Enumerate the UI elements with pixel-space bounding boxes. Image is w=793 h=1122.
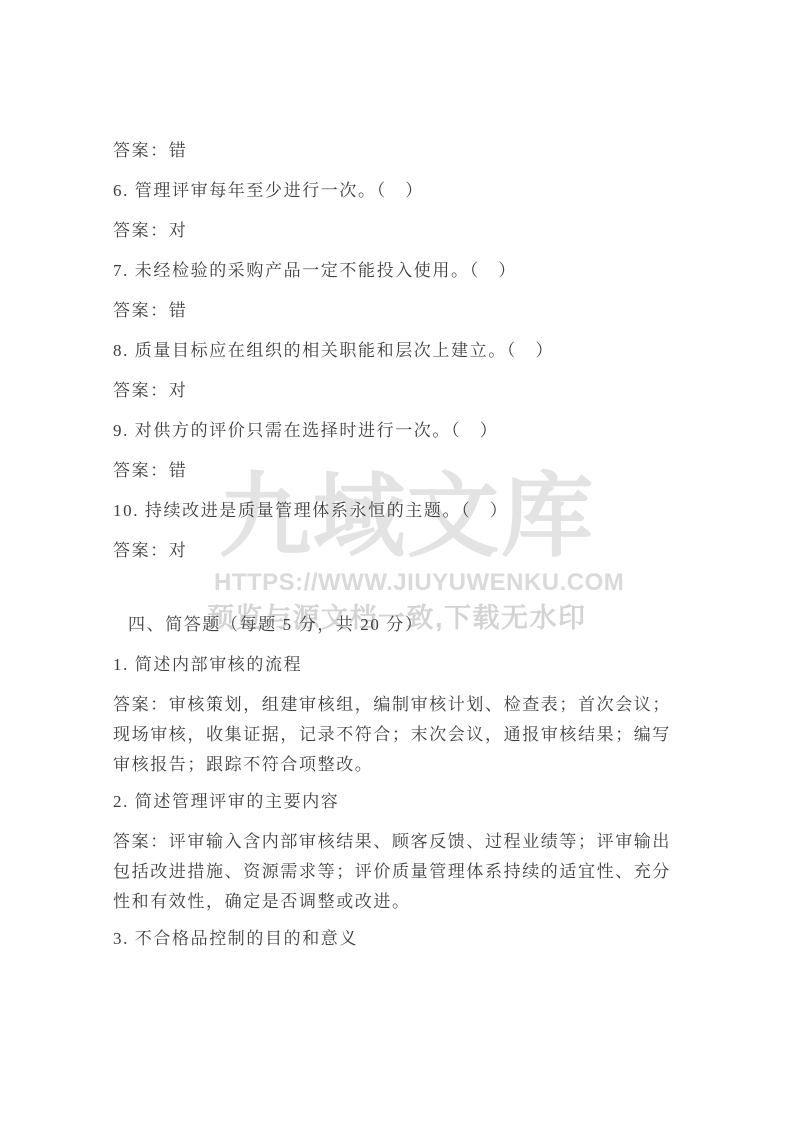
document-block: 8. 质量目标应在组织的相关职能和层次上建立。（ ） bbox=[113, 336, 713, 366]
answer-line: 答案：对 bbox=[113, 376, 713, 406]
document-block: 3. 不合格品控制的目的和意义 bbox=[113, 924, 713, 954]
document-page: 九域文库 HTTPS://WWW.JIUYUWENKU.COM 预览与源文档一致… bbox=[0, 0, 793, 1122]
document-block: 1. 简述内部审核的流程 bbox=[113, 650, 713, 680]
question-line: 10. 持续改进是质量管理体系永恒的主题。（ ） bbox=[113, 496, 713, 526]
document-block: 四、简答题（每题 5 分，共 20 分） bbox=[113, 610, 713, 640]
document-block: 10. 持续改进是质量管理体系永恒的主题。（ ） bbox=[113, 496, 713, 526]
answer-line: 答案：审核策划，组建审核组，编制审核计划、检查表；首次会议； bbox=[113, 690, 713, 720]
document-block: 答案：评审输入含内部审核结果、顾客反馈、过程业绩等；评审输出包括改进措施、资源需… bbox=[113, 827, 713, 917]
answer-line: 答案：对 bbox=[113, 216, 713, 246]
question-line: 7. 未经检验的采购产品一定不能投入使用。（ ） bbox=[113, 256, 713, 286]
document-block: 答案：错 bbox=[113, 296, 713, 326]
answer-line: 包括改进措施、资源需求等；评价质量管理体系持续的适宜性、充分 bbox=[113, 857, 713, 887]
question-line: 8. 质量目标应在组织的相关职能和层次上建立。（ ） bbox=[113, 336, 713, 366]
section-heading: 四、简答题（每题 5 分，共 20 分） bbox=[128, 610, 713, 640]
document-block: 答案：对 bbox=[113, 216, 713, 246]
document-block: 答案：审核策划，组建审核组，编制审核计划、检查表；首次会议；现场审核，收集证据，… bbox=[113, 690, 713, 780]
answer-line: 答案：评审输入含内部审核结果、顾客反馈、过程业绩等；评审输出 bbox=[113, 827, 713, 857]
document-block: 6. 管理评审每年至少进行一次。（ ） bbox=[113, 176, 713, 206]
document-block: 答案：对 bbox=[113, 536, 713, 566]
answer-line: 答案：错 bbox=[113, 136, 713, 166]
answer-line: 答案：错 bbox=[113, 456, 713, 486]
document-block: 答案：错 bbox=[113, 456, 713, 486]
answer-line: 现场审核，收集证据，记录不符合；末次会议，通报审核结果；编写 bbox=[113, 720, 713, 750]
answer-line: 性和有效性，确定是否调整或改进。 bbox=[113, 887, 713, 917]
answer-line: 审核报告；跟踪不符合项整改。 bbox=[113, 750, 713, 780]
answer-line: 答案：错 bbox=[113, 296, 713, 326]
document-block: 2. 简述管理评审的主要内容 bbox=[113, 787, 713, 817]
document-block: 答案：错 bbox=[113, 136, 713, 166]
document-block: 7. 未经检验的采购产品一定不能投入使用。（ ） bbox=[113, 256, 713, 286]
document-block: 9. 对供方的评价只需在选择时进行一次。（ ） bbox=[113, 416, 713, 446]
question-line: 2. 简述管理评审的主要内容 bbox=[113, 787, 713, 817]
question-line: 6. 管理评审每年至少进行一次。（ ） bbox=[113, 176, 713, 206]
question-line: 9. 对供方的评价只需在选择时进行一次。（ ） bbox=[113, 416, 713, 446]
document-block: 答案：对 bbox=[113, 376, 713, 406]
question-line: 3. 不合格品控制的目的和意义 bbox=[113, 924, 713, 954]
question-line: 1. 简述内部审核的流程 bbox=[113, 650, 713, 680]
document-body: 答案：错6. 管理评审每年至少进行一次。（ ）答案：对7. 未经检验的采购产品一… bbox=[113, 136, 713, 964]
answer-line: 答案：对 bbox=[113, 536, 713, 566]
